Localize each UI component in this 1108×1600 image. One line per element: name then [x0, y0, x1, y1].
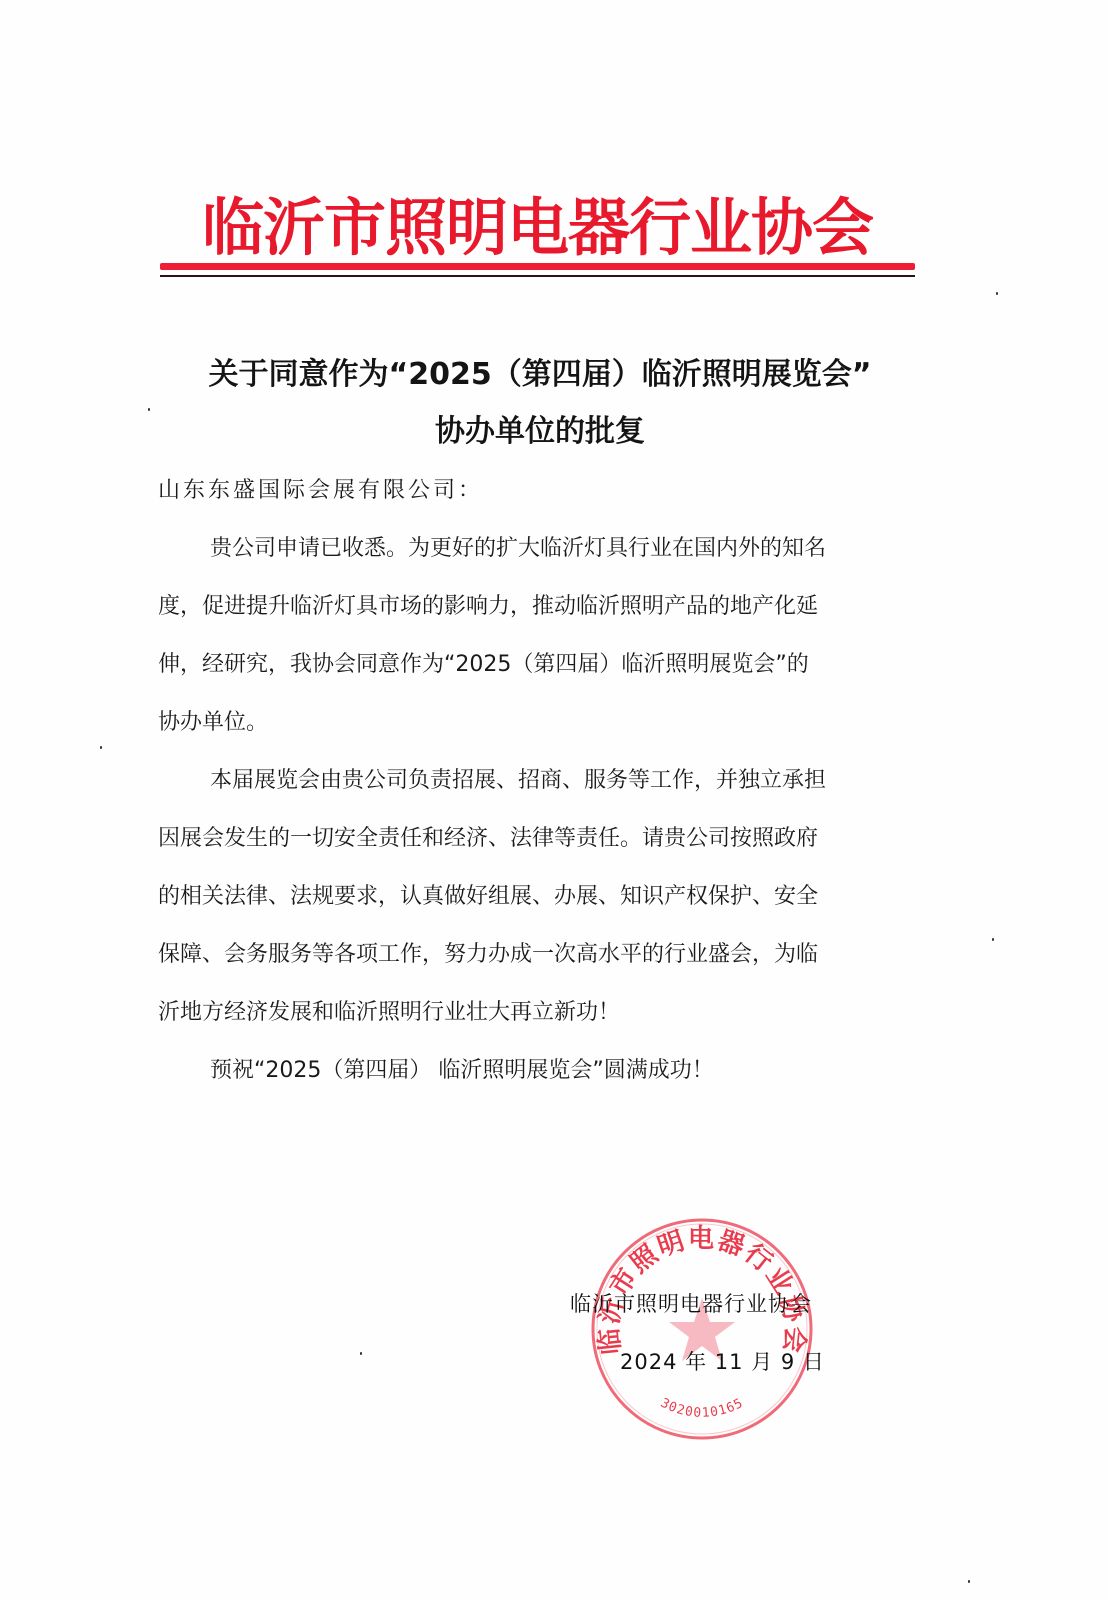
- signature-organization: 临沂市照明电器行业协会: [570, 1288, 812, 1318]
- signature-date: 2024 年 11 月 9 日: [620, 1346, 825, 1376]
- paragraph-line: 度，促进提升临沂灯具市场的影响力，推动临沂照明产品的地产化延: [158, 578, 916, 636]
- paragraph-line: 贵公司申请已收悉。为更好的扩大临沂灯具行业在国内外的知名: [158, 520, 916, 578]
- document-page: 临沂市照明电器行业协会 关于同意作为“2025（第四届）临沂照明展览会” 协办单…: [0, 0, 1108, 1600]
- paragraph-line: 沂地方经济发展和临沂照明行业壮大再立新功！: [158, 984, 916, 1042]
- document-title-line-2: 协办单位的批复: [150, 412, 930, 452]
- paragraph-line: 预祝“2025（第四届） 临沂照明展览会”圆满成功！: [158, 1042, 916, 1100]
- document-title-line-1: 关于同意作为“2025（第四届）临沂照明展览会”: [150, 355, 930, 395]
- paragraph-line: 的相关法律、法规要求，认真做好组展、办展、知识产权保护、安全: [158, 868, 916, 926]
- paragraph-line: 本届展览会由贵公司负责招展、招商、服务等工作，并独立承担: [158, 752, 916, 810]
- letterhead-title: 临沂市照明电器行业协会: [160, 188, 915, 268]
- seal-serial-number: 3020010165: [658, 1396, 746, 1421]
- paragraph-line: 协办单位。: [158, 694, 916, 752]
- paragraph-1: 贵公司申请已收悉。为更好的扩大临沂灯具行业在国内外的知名 度，促进提升临沂灯具市…: [158, 520, 916, 752]
- scan-speck: [968, 1580, 970, 1583]
- letterhead-black-rule: [160, 275, 915, 277]
- salutation: 山东东盛国际会展有限公司：: [158, 462, 483, 520]
- paragraph-line: 伸，经研究，我协会同意作为“2025（第四届）临沂照明展览会”的: [158, 636, 916, 694]
- paragraph-2: 本届展览会由贵公司负责招展、招商、服务等工作，并独立承担 因展会发生的一切安全责…: [158, 752, 916, 1042]
- scan-speck: [148, 408, 150, 411]
- scan-speck: [360, 1352, 362, 1355]
- scan-speck: [996, 292, 998, 295]
- official-seal: 临沂市照明电器行业协会 3020010165: [589, 1216, 815, 1442]
- paragraph-line: 因展会发生的一切安全责任和经济、法律等责任。请贵公司按照政府: [158, 810, 916, 868]
- letterhead-red-rule: [160, 263, 915, 270]
- paragraph-line: 保障、会务服务等各项工作，努力办成一次高水平的行业盛会，为临: [158, 926, 916, 984]
- paragraph-3: 预祝“2025（第四届） 临沂照明展览会”圆满成功！: [158, 1042, 916, 1100]
- scan-speck: [992, 938, 994, 941]
- scan-speck: [100, 746, 102, 749]
